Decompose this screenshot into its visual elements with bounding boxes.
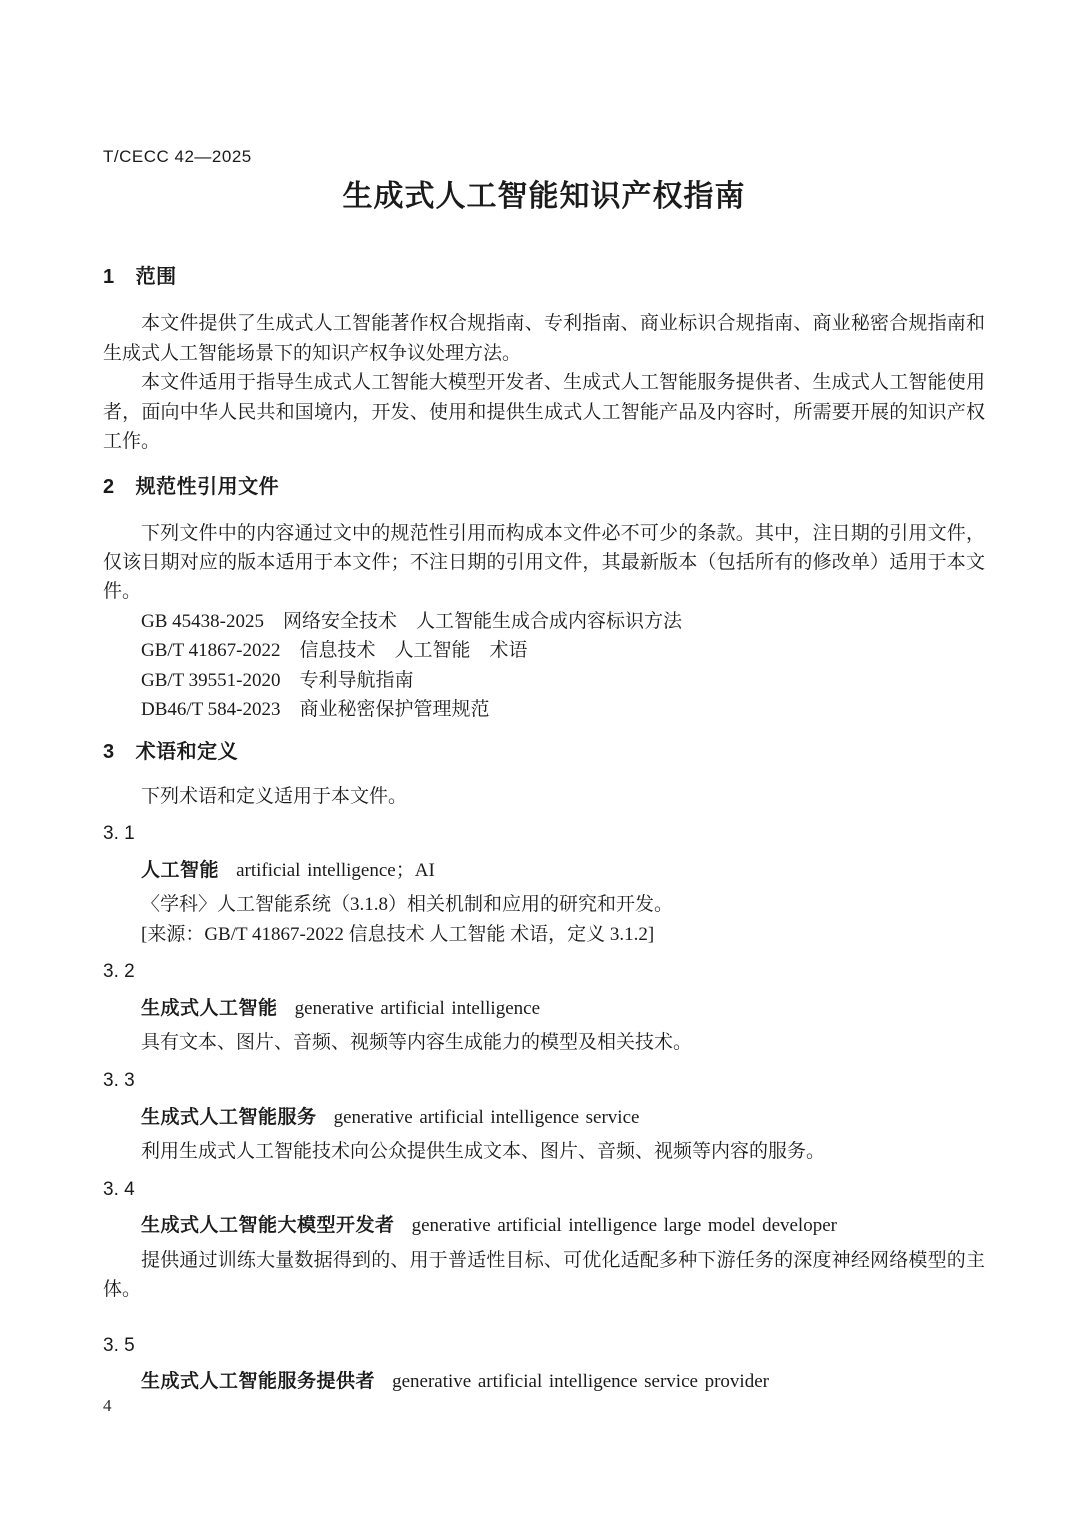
term-number: 3. 3	[103, 1070, 985, 1093]
term-definition: 具有文本、图片、音频、视频等内容生成能力的模型及相关技术。	[103, 1028, 985, 1057]
term-number: 3. 4	[103, 1179, 985, 1202]
term-en: generative artificial intelligence large…	[412, 1215, 837, 1236]
clause-1-title: 范围	[136, 266, 177, 288]
term-line: 生成式人工智能generative artificial intelligenc…	[103, 994, 985, 1023]
term-definition: 提供通过训练大量数据得到的、用于普适性目标、可优化适配多种下游任务的深度神经网络…	[103, 1246, 985, 1305]
term-number: 3. 1	[103, 823, 985, 846]
term-entry: 3. 4 生成式人工智能大模型开发者generative artificial …	[103, 1179, 985, 1305]
clause-2-title: 规范性引用文件	[136, 476, 280, 498]
term-zh: 生成式人工智能大模型开发者	[141, 1215, 395, 1236]
term-entry: 3. 1 人工智能artificial intelligence；AI 〈学科〉…	[103, 823, 985, 949]
term-source: [来源：GB/T 41867-2022 信息技术 人工智能 术语，定义 3.1.…	[103, 920, 985, 949]
term-definition: 利用生成式人工智能技术向公众提供生成文本、图片、音频、视频等内容的服务。	[103, 1137, 985, 1166]
term-en: generative artificial intelligence servi…	[334, 1107, 640, 1128]
scope-paragraph-2: 本文件适用于指导生成式人工智能大模型开发者、生成式人工智能服务提供者、生成式人工…	[103, 368, 985, 456]
term-entry: 3. 3 生成式人工智能服务generative artificial inte…	[103, 1070, 985, 1167]
term-zh: 生成式人工智能服务提供者	[141, 1371, 375, 1392]
term-zh: 生成式人工智能服务	[141, 1107, 317, 1128]
reference-item: DB46/T 584-2023 商业秘密保护管理规范	[103, 695, 985, 724]
clause-3-number: 3	[103, 741, 115, 763]
term-line: 生成式人工智能服务generative artificial intellige…	[103, 1103, 985, 1132]
page-number: 4	[103, 1396, 112, 1416]
term-definition: 〈学科〉人工智能系统（3.1.8）相关机制和应用的研究和开发。	[103, 890, 985, 919]
term-zh: 人工智能	[141, 860, 219, 881]
clause-1-number: 1	[103, 266, 115, 288]
term-line: 生成式人工智能大模型开发者generative artificial intel…	[103, 1211, 985, 1240]
scope-paragraph-1: 本文件提供了生成式人工智能著作权合规指南、专利指南、商业标识合规指南、商业秘密合…	[103, 309, 985, 368]
clause-3-heading: 3术语和定义	[103, 740, 985, 764]
term-en: generative artificial intelligence servi…	[392, 1371, 769, 1392]
clause-2-number: 2	[103, 476, 115, 498]
reference-item: GB 45438-2025 网络安全技术 人工智能生成合成内容标识方法	[103, 607, 985, 636]
term-entry: 3. 5 生成式人工智能服务提供者generative artificial i…	[103, 1335, 985, 1397]
term-zh: 生成式人工智能	[141, 998, 278, 1019]
term-en: artificial intelligence；AI	[236, 860, 435, 881]
term-entry: 3. 2 生成式人工智能generative artificial intell…	[103, 961, 985, 1058]
clause-3-title: 术语和定义	[136, 741, 239, 763]
term-line: 人工智能artificial intelligence；AI	[103, 856, 985, 885]
reference-item: GB/T 41867-2022 信息技术 人工智能 术语	[103, 636, 985, 665]
document-page: T/CECC 42—2025 生成式人工智能知识产权指南 1范围 本文件提供了生…	[0, 0, 1080, 1527]
reference-item: GB/T 39551-2020 专利导航指南	[103, 666, 985, 695]
doc-code: T/CECC 42—2025	[103, 147, 985, 167]
term-en: generative artificial intelligence	[295, 998, 540, 1019]
terms-intro: 下列术语和定义适用于本文件。	[103, 782, 985, 811]
normative-refs-intro: 下列文件中的内容通过文中的规范性引用而构成本文件必不可少的条款。其中，注日期的引…	[103, 519, 985, 607]
clause-1-heading: 1范围	[103, 265, 985, 289]
clause-2-heading: 2规范性引用文件	[103, 475, 985, 499]
term-line: 生成式人工智能服务提供者generative artificial intell…	[103, 1367, 985, 1396]
doc-title: 生成式人工智能知识产权指南	[103, 179, 985, 215]
term-number: 3. 5	[103, 1335, 985, 1358]
term-number: 3. 2	[103, 961, 985, 984]
